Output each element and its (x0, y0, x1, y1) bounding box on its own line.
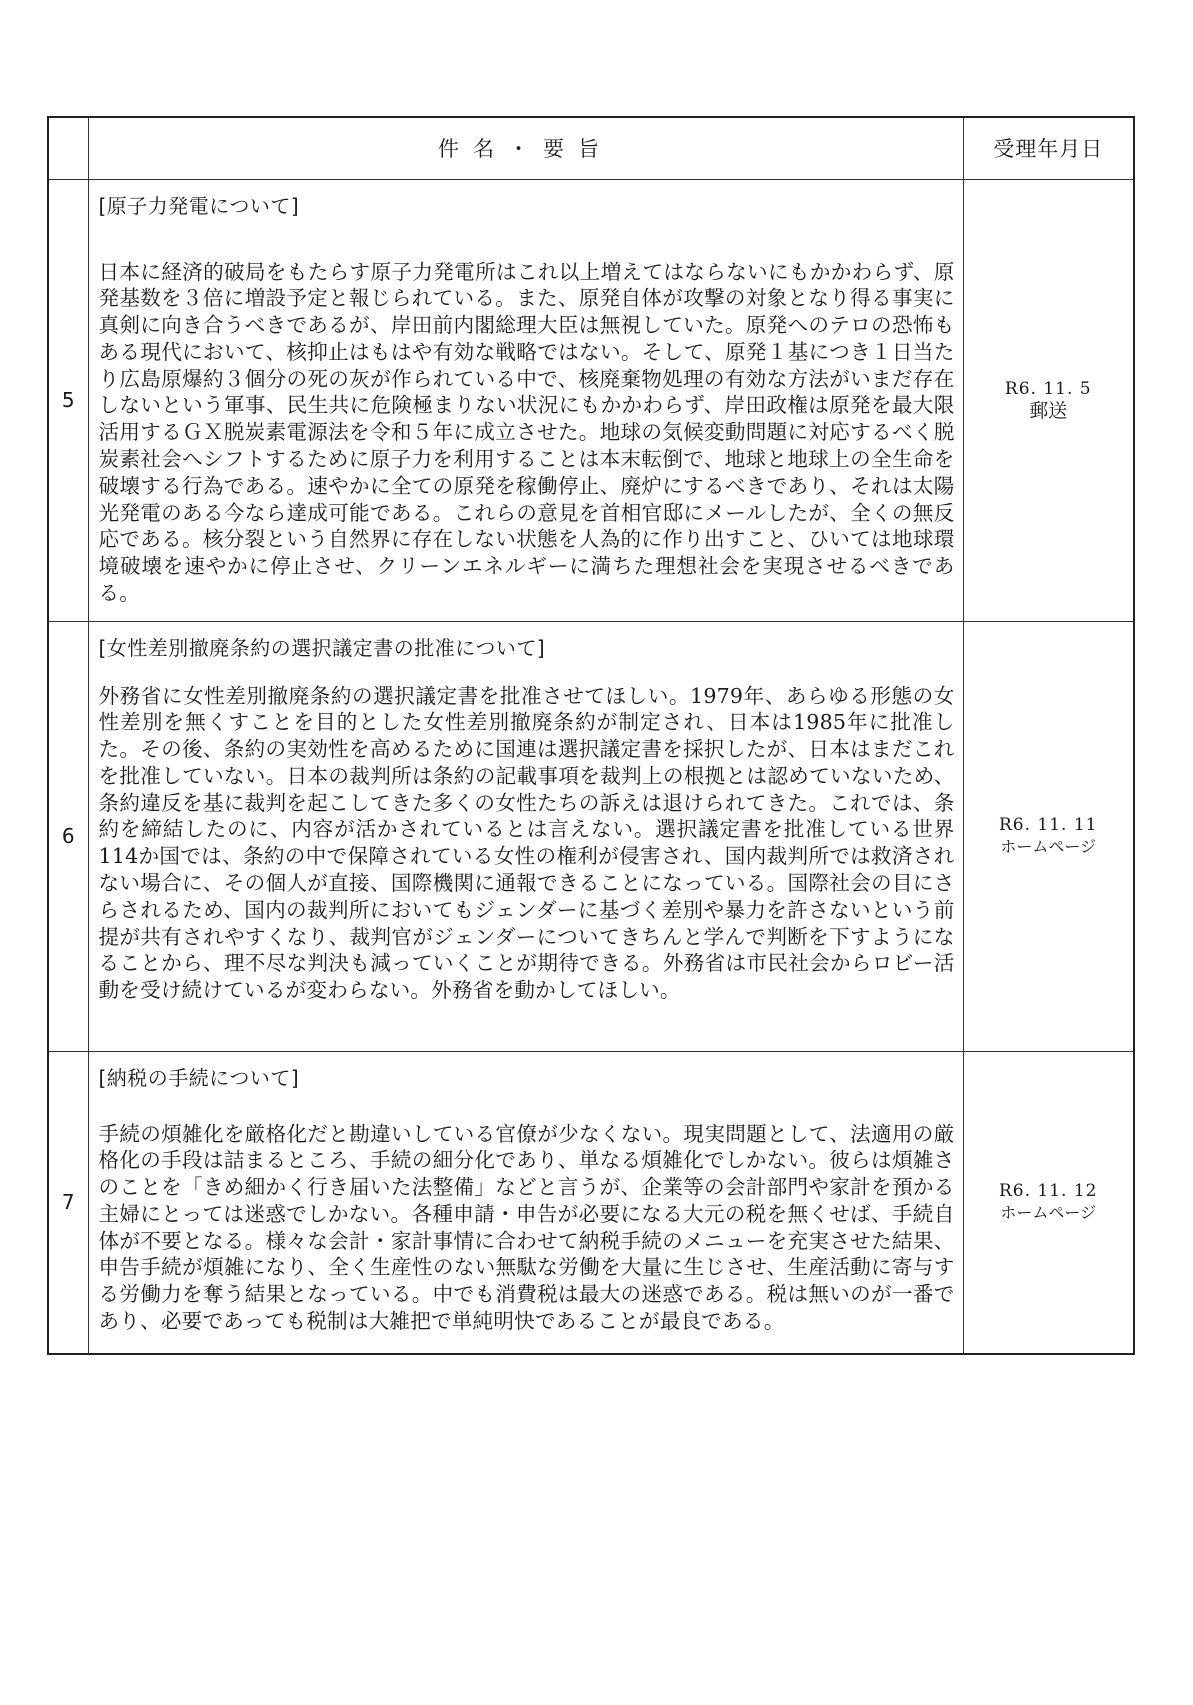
row-number: 6 (48, 621, 88, 1051)
table-row: 7 [納税の手続について] 手続の煩雑化を厳格化だと勘違いしている官僚が少なくな… (48, 1051, 1134, 1354)
header-number (48, 117, 88, 179)
received-method: ホームページ (964, 836, 1134, 858)
header-received-date: 受理年月日 (963, 117, 1134, 179)
subject-summary-cell: [納税の手続について] 手続の煩雑化を厳格化だと勘違いしている官僚が少なくない。… (88, 1051, 963, 1354)
subject-title: [納税の手続について] (99, 1062, 955, 1091)
table-header-row: 件名・要旨 受理年月日 (48, 117, 1134, 179)
summary-text: 手続の煩雑化を厳格化だと勘違いしている官僚が少なくない。現実問題として、法適用の… (99, 1121, 955, 1335)
received-method: 郵送 (964, 400, 1134, 422)
received-date-cell: R6. 11. 11 ホームページ (963, 621, 1134, 1051)
petition-table: 件名・要旨 受理年月日 5 [原子力発電について] 日本に経済的破局をもたらす原… (47, 116, 1135, 1355)
received-date-cell: R6. 11. 5 郵送 (963, 179, 1134, 621)
subject-summary-cell: [女性差別撤廃条約の選択議定書の批准について] 外務省に女性差別撤廃条約の選択議… (88, 621, 963, 1051)
subject-title: [原子力発電について] (99, 190, 955, 219)
received-date-cell: R6. 11. 12 ホームページ (963, 1051, 1134, 1354)
received-date: R6. 11. 12 (964, 1180, 1134, 1202)
received-date: R6. 11. 5 (964, 378, 1134, 400)
subject-summary-cell: [原子力発電について] 日本に経済的破局をもたらす原子力発電所はこれ以上増えては… (88, 179, 963, 621)
received-date: R6. 11. 11 (964, 814, 1134, 836)
summary-text: 日本に経済的破局をもたらす原子力発電所はこれ以上増えてはならないにもかかわらず、… (99, 259, 955, 607)
received-method: ホームページ (964, 1202, 1134, 1224)
row-number: 7 (48, 1051, 88, 1354)
summary-text: 外務省に女性差別撤廃条約の選択議定書を批准させてほしい。1979年、あらゆる形態… (99, 683, 955, 1005)
header-subject-summary: 件名・要旨 (88, 117, 963, 179)
subject-title: [女性差別撤廃条約の選択議定書の批准について] (99, 632, 955, 661)
row-number: 5 (48, 179, 88, 621)
table-row: 6 [女性差別撤廃条約の選択議定書の批准について] 外務省に女性差別撤廃条約の選… (48, 621, 1134, 1051)
table-row: 5 [原子力発電について] 日本に経済的破局をもたらす原子力発電所はこれ以上増え… (48, 179, 1134, 621)
